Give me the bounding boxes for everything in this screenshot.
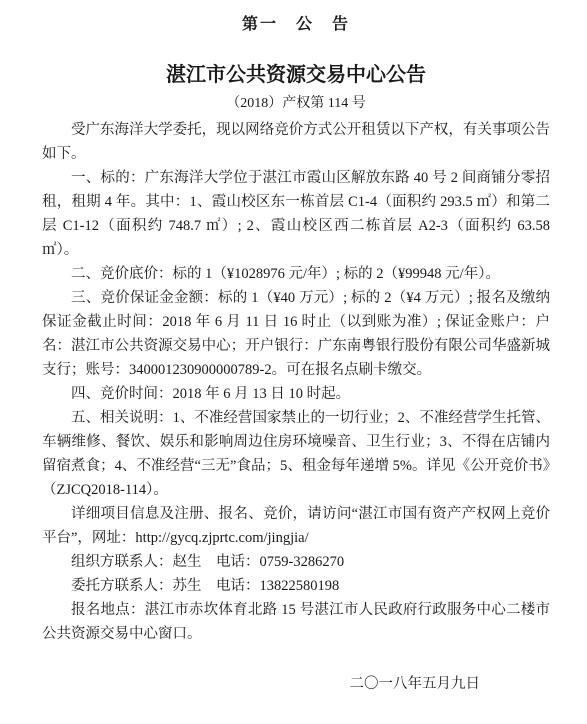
body-paragraph-intro: 受广东海洋大学委托，现以网络竞价方式公开租赁以下产权，有关事项公告如下。	[42, 118, 550, 166]
document-body: 受广东海洋大学委托，现以网络竞价方式公开租赁以下产权，有关事项公告如下。 一、标…	[42, 118, 550, 646]
body-paragraph-principal-contact: 委托方联系人：苏生 电话：13822580198	[42, 574, 550, 598]
announcement-title: 湛江市公共资源交易中心公告	[42, 62, 550, 88]
document-number: （2018）产权第 114 号	[42, 95, 550, 113]
body-paragraph-item4-bid-time: 四、竞价时间：2018 年 6 月 13 日 10 时起。	[42, 382, 550, 406]
body-paragraph-platform-url: 详细项目信息及注册、报名、竞价，请访问“湛江市国有资产产权网上竞价平台”，网址：…	[42, 502, 550, 550]
signature-date: 二〇一八年五月九日	[42, 672, 550, 696]
body-paragraph-item5-notes: 五、相关说明：1、不准经营国家禁止的一切行业；2、不准经营学生托管、车辆维修、餐…	[42, 406, 550, 502]
section-header: 第一 公 告	[42, 14, 550, 36]
body-paragraph-item1-subject: 一、标的：广东海洋大学位于湛江市霞山区解放东路 40 号 2 间商铺分零招租，租…	[42, 166, 550, 262]
body-paragraph-item3-deposit: 三、竞价保证金金额：标的 1（¥40 万元）; 标的 2（¥4 万元）; 报名及…	[42, 286, 550, 382]
body-paragraph-organizer-contact: 组织方联系人：赵生 电话：0759-3286270	[42, 550, 550, 574]
body-paragraph-registration-address: 报名地点：湛江市赤坎体育北路 15 号湛江市人民政府行政服务中心二楼市公共资源交…	[42, 598, 550, 646]
body-paragraph-item2-base-price: 二、竞价底价：标的 1（¥1028976 元/年）; 标的 2（¥99948 元…	[42, 262, 550, 286]
document-page: 第一 公 告 湛江市公共资源交易中心公告 （2018）产权第 114 号 受广东…	[0, 0, 587, 724]
